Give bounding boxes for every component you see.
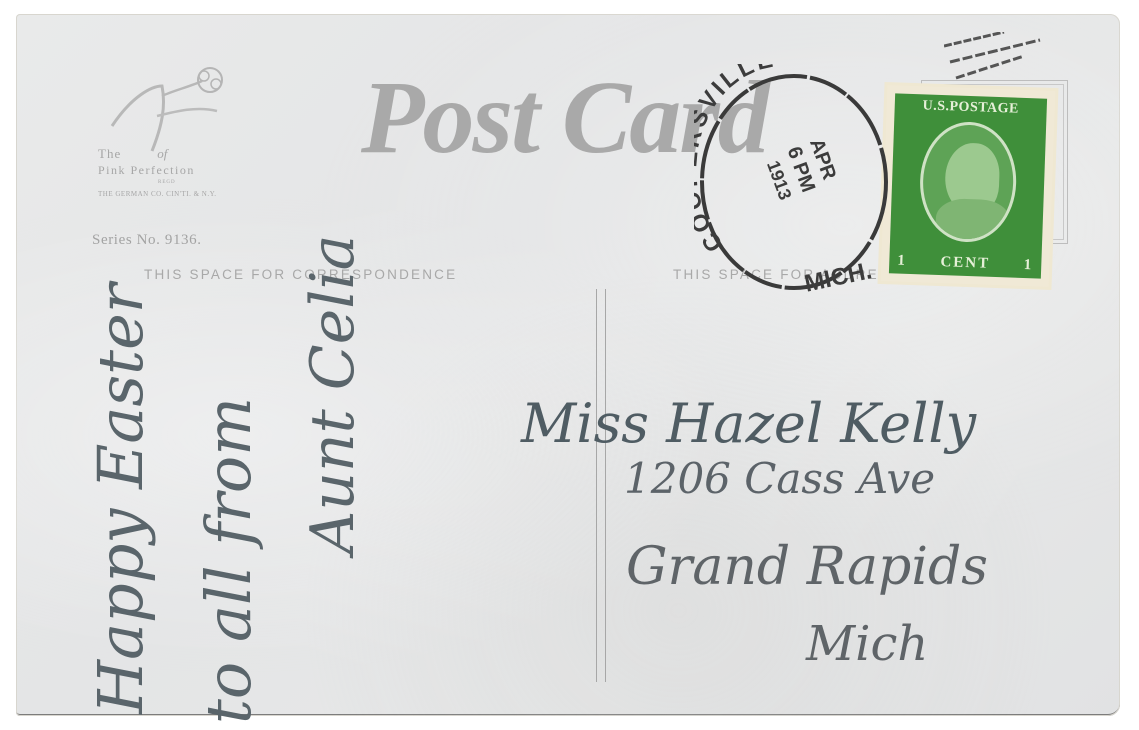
publisher-regd: REGD xyxy=(158,180,217,185)
postmark-town: COOPERSVILLE xyxy=(694,64,778,257)
address-line-2: 1206 Cass Ave xyxy=(624,454,935,503)
publisher-maker: THE GERMAN CO. CIN'TI. & N.Y. xyxy=(98,191,217,198)
cancellation-lines xyxy=(944,32,1054,82)
stamp-denomination: 1 CENT 1 xyxy=(889,252,1042,274)
postage-stamp: U.S.POSTAGE 1 CENT 1 xyxy=(881,85,1056,287)
message-line-1: Happy Easter xyxy=(84,284,157,714)
stamp-face: U.S.POSTAGE 1 CENT 1 xyxy=(889,93,1047,278)
svg-text:COOPERSVILLE: COOPERSVILLE xyxy=(694,64,778,257)
postmark-circle: COOPERSVILLE APR 6 PM 1913 MICH. xyxy=(694,64,900,296)
series-number: Series No. 9136. xyxy=(92,232,202,249)
publisher-imprint: Theof Pink Perfection REGD THE GERMAN CO… xyxy=(98,146,217,198)
address-line-1: Miss Hazel Kelly xyxy=(521,392,976,455)
postmark-state: MICH. xyxy=(802,257,874,296)
postcard-back: Theof Pink Perfection REGD THE GERMAN CO… xyxy=(16,14,1120,716)
publisher-title: Pink Perfection xyxy=(98,164,217,176)
stamp-top-text: U.S.POSTAGE xyxy=(894,97,1046,118)
carnation-flower-icon xyxy=(102,66,232,156)
address-line-4: Mich xyxy=(806,616,928,672)
publisher-of: of xyxy=(157,146,167,161)
publisher-the: The xyxy=(98,146,121,161)
message-line-3: Aunt Celia xyxy=(298,235,368,554)
address-line-3: Grand Rapids xyxy=(626,537,988,597)
message-line-2: to all from xyxy=(192,397,265,724)
center-divider xyxy=(596,289,606,682)
washington-portrait-icon xyxy=(918,120,1018,243)
